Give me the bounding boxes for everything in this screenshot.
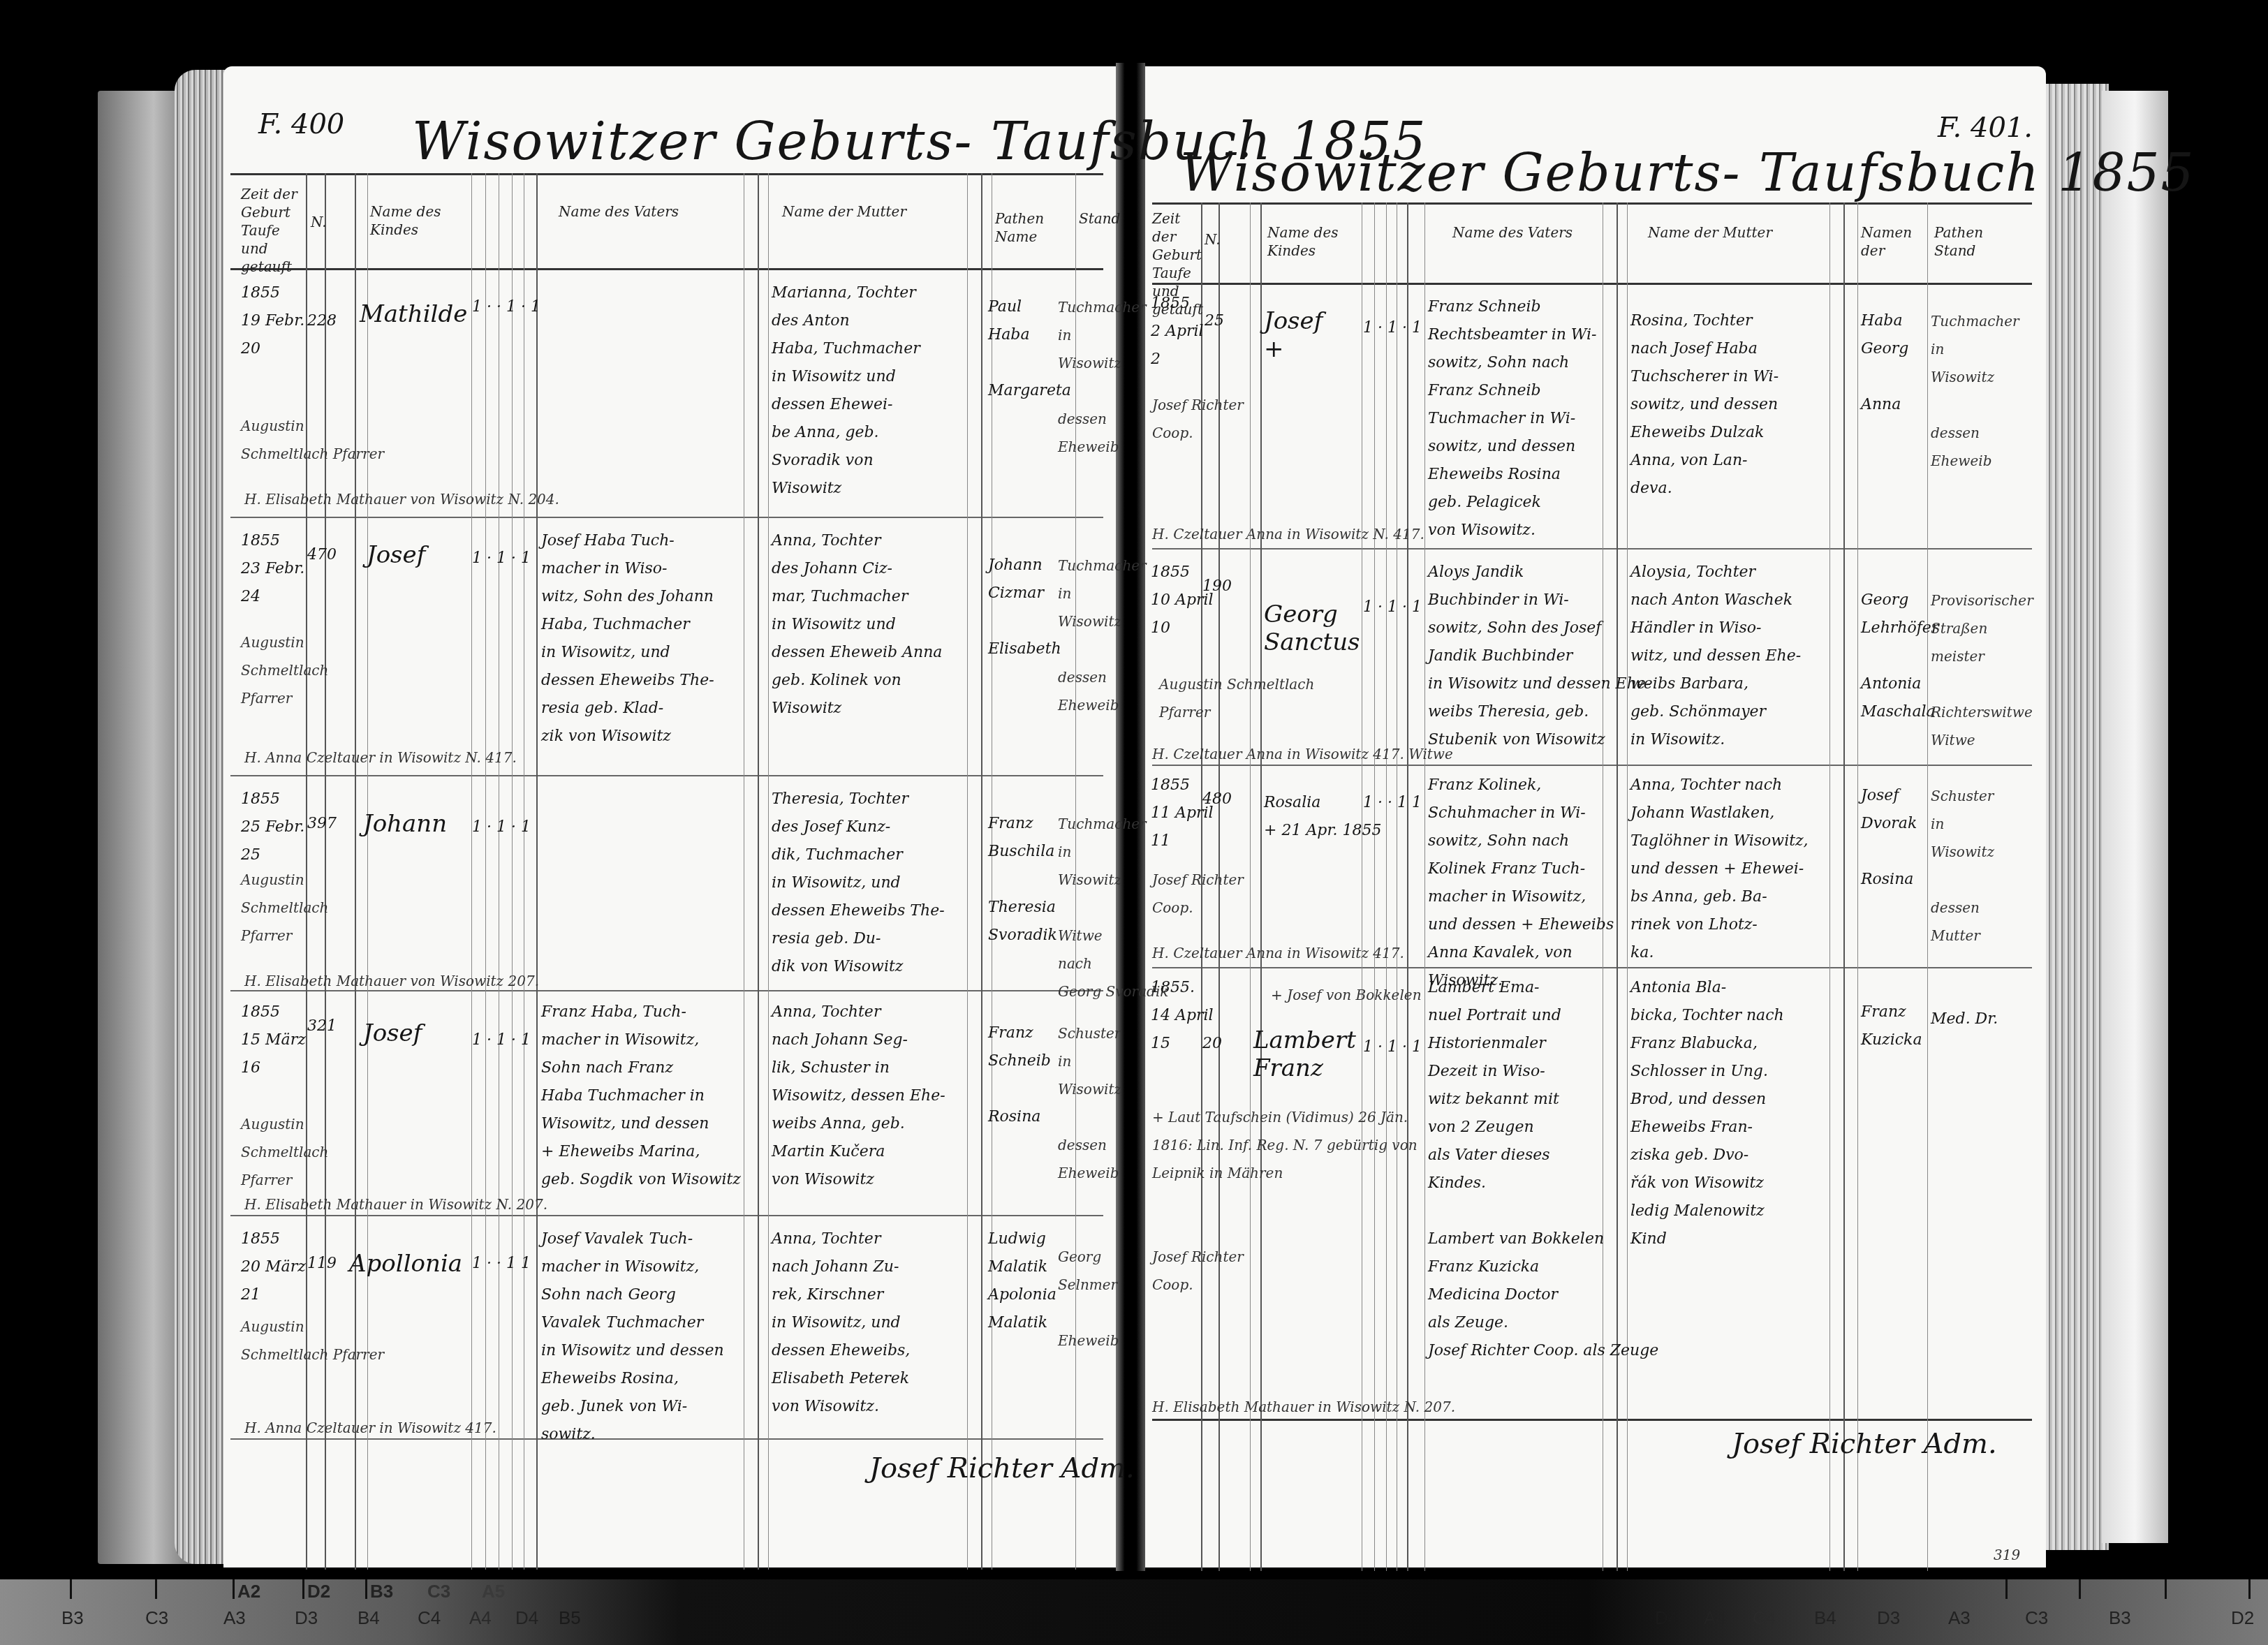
column-rule [512, 173, 513, 1570]
entry-midwife: H. Anna Czeltauer in Wisowitz 417. [244, 1414, 496, 1442]
entry-marks: 1 · · 1 1 [472, 1250, 531, 1278]
page-stamp-number: 319 [1994, 1547, 2020, 1563]
entry-marks: 1 · 1 · 1 [1363, 314, 1422, 342]
entry-midwife: H. Czeltauer Anna in Wisowitz N. 417. [1152, 520, 1424, 548]
entry-godparents: Johann Cizmar Elisabeth [988, 552, 1061, 663]
entry-priest: Augustin Schmeltlach Pfarrer [241, 1313, 384, 1369]
entry-mother: Anna, Tochter nach Johann Wastlaken, Tag… [1630, 772, 1809, 967]
entry-child-name: Josef + [1264, 307, 1323, 363]
column-rule [768, 173, 769, 1570]
entry-father: Aloys Jandik Buchbinder in Wi- sowitz, S… [1428, 559, 1651, 754]
header-godparent-status: Stand [1079, 209, 1120, 228]
entry-house-number: 20 [1202, 1030, 1222, 1058]
signature-left: Josef Richter Adm. [869, 1452, 1135, 1484]
column-rule [1617, 202, 1618, 1571]
entry-marks: 1 · · 1 · 1 [472, 293, 540, 321]
entry-date: 1855 25 Febr. 25 [241, 785, 304, 869]
entry-marks: 1 · 1 · 1 [1363, 593, 1422, 621]
column-rule [1407, 202, 1408, 1571]
entry-house-number: 190 [1202, 573, 1232, 600]
entry-godparent-status: Schuster in Wisowitz dessen Mutter [1931, 782, 1994, 950]
entry-midwife: H. Czeltauer Anna in Wisowitz 417. Witwe [1152, 740, 1453, 768]
header-mother-name: Name der Mutter [1648, 223, 1816, 242]
entry-godparent-status: Tuchmacher in Wisowitz dessen Eheweib [1931, 307, 2019, 475]
column-rule [536, 173, 538, 1570]
header-number: N. [311, 213, 327, 231]
entry-mother: Rosina, Tochter nach Josef Haba Tuchsche… [1630, 307, 1779, 503]
entry-godparents: Franz Kuzicka [1861, 998, 1922, 1054]
column-rule [1397, 202, 1397, 1571]
header-godparent-status: Pathen Stand [1934, 223, 2011, 260]
entry-house-number: 480 [1202, 785, 1232, 813]
ruler-label: A3 [223, 1607, 246, 1629]
column-rule [1250, 202, 1251, 1571]
ruler-label: A5 [482, 1581, 505, 1602]
entry-house-number: 25 [1205, 307, 1224, 335]
entry-godparents: Franz Schneib Rosina [988, 1019, 1051, 1131]
entry-house-number: 228 [307, 307, 337, 335]
entry-midwife: H. Elisabeth Mathauer von Wisowitz N. 20… [244, 485, 559, 513]
ruler-label: B4 [1814, 1607, 1836, 1629]
entry-godparents: Ludwig Malatik Apolonia Malatik [988, 1225, 1056, 1337]
ruler-label: D4 [515, 1607, 538, 1629]
entry-mother: Antonia Bla- bicka, Tochter nach Franz B… [1630, 974, 1784, 1253]
entry-house-number: 470 [307, 541, 337, 569]
ruler-label: B5 [559, 1607, 581, 1629]
header-rule-bottom [230, 268, 1103, 270]
entry-priest: Josef Richter Coop. [1152, 391, 1244, 447]
entry-house-number: 397 [307, 810, 337, 838]
page-edges-left [175, 70, 230, 1564]
column-rule [1627, 202, 1628, 1571]
entry-mother: Anna, Tochter nach Johann Seg- lik, Schu… [772, 998, 945, 1194]
entry-legitimation-note: + Laut Taufschein (Vidimus) 26 Jän. 1816… [1152, 1103, 1417, 1187]
entry-date: 1855 2 April 2 [1151, 290, 1204, 374]
ruler-label: A4 [469, 1607, 492, 1629]
row-divider [230, 517, 1103, 518]
ruler-label: C3 [2025, 1607, 2048, 1629]
entry-godparents: Josef Dvorak Rosina [1861, 782, 1917, 894]
entry-godparent-status: Tuchmacher in Wisowitz dessen Eheweib [1058, 293, 1147, 461]
entry-date: 1855 20 März 21 [241, 1225, 306, 1309]
column-rule [485, 173, 486, 1570]
row-divider [230, 775, 1103, 776]
entry-priest: Augustin Schmeltlach Pfarrer [1159, 670, 1314, 726]
entry-godparent-status: Schuster in Wisowitz dessen Eheweib [1058, 1019, 1121, 1187]
column-rule [524, 173, 524, 1570]
header-godparent-name: Pathen Name [995, 209, 1072, 246]
microfilm-scale-ruler: A2 D2 B3 C3 A5 B3 C3 A3 D3 B4 C4 A4 D4 B… [0, 1579, 2268, 1645]
column-rule [1829, 202, 1830, 1571]
page-title-right: Wisowitzer Geburts- Taufsbuch 1855 [1180, 143, 2195, 203]
entry-child-name: Apollonia [349, 1250, 462, 1278]
ruler-label: A4 [1704, 1607, 1726, 1629]
entry-mother: Anna, Tochter nach Johann Zu- rek, Kirsc… [772, 1225, 910, 1421]
ruler-label: A2 [237, 1581, 260, 1602]
entry-marks: 1 · 1 · 1 [472, 1026, 531, 1054]
header-rule-top [230, 173, 1103, 175]
column-rule [499, 173, 499, 1570]
column-rule [758, 173, 759, 1570]
entry-marks: 1 · 1 · 1 [472, 545, 531, 573]
header-rule-top [1152, 202, 2032, 205]
header-rule-bottom [1152, 283, 2032, 285]
ruler-label: C3 [427, 1581, 450, 1602]
entry-godparent-status: Georg Selnmer Eheweib [1058, 1243, 1119, 1355]
entry-father: Franz Kolinek, Schuhmacher in Wi- sowitz… [1428, 772, 1614, 995]
folio-right: F. 401. [1938, 112, 2033, 144]
entry-child-name: Mathilde [360, 300, 467, 328]
ruler-label: B3 [2109, 1607, 2131, 1629]
entry-midwife: H. Elisabeth Mathauer in Wisowitz N. 207… [244, 1190, 547, 1218]
column-rule [981, 173, 982, 1570]
column-rule [1927, 202, 1928, 1571]
entry-priest: Augustin Schmeltlach Pfarrer [241, 1110, 328, 1194]
entry-godparents: Franz Buschila Theresia Svoradik [988, 810, 1057, 950]
entry-godparent-status: Med. Dr. [1931, 1005, 1998, 1033]
row-divider [1152, 548, 2032, 549]
header-mother-name: Name der Mutter [782, 202, 957, 221]
page-edges-right [2046, 84, 2109, 1550]
entry-mother: Marianna, Tochter des Anton Haba, Tuchma… [772, 279, 920, 503]
entry-date: 1855 10 April 10 [1151, 559, 1214, 642]
entry-child-name: Georg Sanctus [1264, 600, 1360, 656]
entry-marks: 1 · 1 · 1 [472, 813, 531, 841]
entry-house-number: 119 [307, 1250, 337, 1278]
header-godparent-name: Namen der [1861, 223, 1924, 260]
column-rule [1424, 202, 1425, 1571]
entry-house-number: 321 [307, 1012, 337, 1040]
column-rule [1857, 202, 1858, 1571]
entry-priest: Augustin Schmeltlach Pfarrer [241, 628, 328, 712]
column-rule [1362, 202, 1362, 1571]
header-number: N. [1205, 230, 1221, 249]
ruler-label: B3 [61, 1607, 84, 1629]
entry-child-name: Johann [363, 810, 447, 838]
entry-godparents: Georg Lehrhöfer Antonia Maschala [1861, 587, 1938, 726]
entry-mother: Theresia, Tochter des Josef Kunz- dik, T… [772, 785, 945, 981]
entry-priest: Josef Richter Coop. [1152, 1243, 1244, 1299]
entry-marks: 1 · · 1 1 [1363, 789, 1422, 817]
entry-godparent-status: Tuchmacher in Wisowitz dessen Eheweib [1058, 552, 1147, 719]
book-cover-right [2102, 91, 2168, 1543]
entry-marks: 1 · 1 · 1 [1363, 1033, 1422, 1061]
ruler-label: C4 [1753, 1607, 1776, 1629]
ruler-label: D3 [295, 1607, 318, 1629]
entry-date: 1855 15 März 16 [241, 998, 306, 1082]
entry-child-name: Lambert Franz [1253, 1026, 1356, 1082]
entry-mother: Anna, Tochter des Johann Ciz- mar, Tuchm… [772, 527, 942, 723]
column-rule [1374, 202, 1375, 1571]
ruler-label: D3 [1877, 1607, 1900, 1629]
column-rule [744, 173, 744, 1570]
column-rule [1843, 202, 1845, 1571]
entry-godparents: Haba Georg Anna [1861, 307, 1908, 419]
entry-date: 1855 23 Febr. 24 [241, 527, 304, 611]
ruler-label: D4 [1655, 1607, 1678, 1629]
entry-date: 1855 19 Febr. 20 [241, 279, 304, 363]
signature-right: Josef Richter Adm. [1732, 1428, 1997, 1460]
header-father-name: Name des Vaters [559, 202, 733, 221]
column-rule [1260, 202, 1262, 1571]
entry-child-name: Josef [363, 1019, 422, 1047]
entry-father: Franz Schneib Rechtsbeamter in Wi- sowit… [1428, 293, 1597, 545]
entry-father: Josef Vavalek Tuch- macher in Wisowitz, … [541, 1225, 724, 1449]
entry-father: Franz Haba, Tuch- macher in Wisowitz, So… [541, 998, 741, 1194]
entry-father: Lambert Ema- nuel Portrait und Historien… [1428, 974, 1658, 1365]
header-child-name: Name des Kindes [370, 202, 468, 239]
entry-midwife: H. Elisabeth Mathauer in Wisowitz N. 207… [1152, 1393, 1455, 1421]
header-child-name: Name des Kindes [1267, 223, 1358, 260]
entry-priest: Augustin Schmeltlach Pfarrer [241, 412, 384, 468]
entry-midwife: H. Elisabeth Mathauer von Wisowitz 207. [244, 967, 539, 995]
entry-mother: Aloysia, Tochter nach Anton Waschek Händ… [1630, 559, 1801, 754]
entry-godparent-status: Provisorischer Straßen meister Richtersw… [1931, 587, 2033, 754]
entry-midwife: H. Anna Czeltauer in Wisowitz N. 417. [244, 744, 517, 772]
entry-date: 1855 11 April 11 [1151, 772, 1214, 855]
ruler-label: D2 [2231, 1607, 2254, 1629]
header-date: Zeit der Geburt Taufe und getauft [241, 185, 304, 276]
entry-father: Josef Haba Tuch- macher in Wiso- witz, S… [541, 527, 714, 751]
ruler-label: C4 [418, 1607, 441, 1629]
ruler-label: B3 [370, 1581, 393, 1602]
entry-child-note: + Josef von Bokkelen [1271, 981, 1422, 1009]
ruler-label: D2 [307, 1581, 330, 1602]
column-rule [967, 173, 968, 1570]
ruler-label: A3 [1948, 1607, 1971, 1629]
column-rule [1386, 202, 1387, 1571]
ruler-label: B4 [358, 1607, 380, 1629]
entry-priest: Josef Richter Coop. [1152, 866, 1244, 922]
entry-priest: Augustin Schmeltlach Pfarrer [241, 866, 328, 950]
entry-child-name: Josef [367, 541, 425, 569]
header-father-name: Name des Vaters [1452, 223, 1592, 242]
entry-midwife: H. Czeltauer Anna in Wisowitz 417. [1152, 939, 1404, 967]
ruler-label: C3 [145, 1607, 168, 1629]
folio-left: F. 400 [258, 108, 344, 140]
column-rule [471, 173, 472, 1570]
